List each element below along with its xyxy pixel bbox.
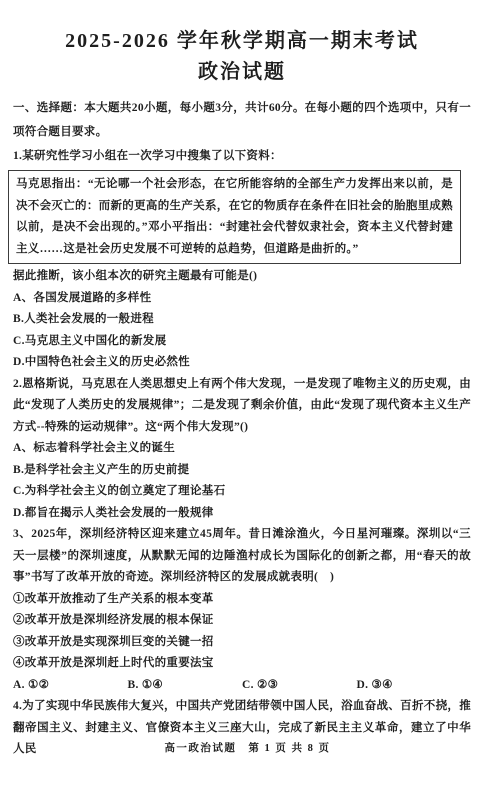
section-instructions: 一、选择题：本大题共20小题，每小题3分，共计60分。在每小题的四个选项中，只有…: [13, 96, 471, 144]
q3-stem: 3、2025年，深圳经济特区迎来建立45周年。昔日滩涂渔火，今日星河璀璨。深圳以…: [13, 524, 471, 589]
q2-stem: 2.恩格斯说，马克思在人类思想史上有两个伟大发现，一是发现了唯物主义的历史观，由…: [13, 374, 471, 439]
q3-statement-1: ①改革开放推动了生产关系的根本变革: [13, 589, 471, 611]
q3-choices-row: A. ①② B. ①④ C. ②③ D. ③④: [13, 675, 471, 697]
q1-option-a: A、各国发展道路的多样性: [13, 288, 471, 310]
q1-option-d: D.中国特色社会主义的历史必然性: [13, 352, 471, 374]
q1-material-box: 马克思指出：“无论哪一个社会形态，在它所能容纳的全部生产力发挥出来以前，是决不会…: [8, 170, 461, 264]
q1-option-c: C.马克思主义中国化的新发展: [13, 331, 471, 353]
exam-title-line2: 政治试题: [13, 56, 471, 88]
q2-option-a: A、标志着科学社会主义的诞生: [13, 438, 471, 460]
exam-content: 2025-2026 学年秋学期高一期末考试 政治试题 一、选择题：本大题共20小…: [13, 26, 471, 761]
exam-title-line1: 2025-2026 学年秋学期高一期末考试: [13, 26, 471, 56]
q1-intro: 1.某研究性学习小组在一次学习中搜集了以下资料：: [13, 144, 471, 168]
q3-choice-d: D. ③④: [357, 675, 472, 697]
q3-statement-3: ③改革开放是实现深圳巨变的关键一招: [13, 632, 471, 654]
q2-option-c: C.为科学社会主义的创立奠定了理论基石: [13, 481, 471, 503]
q3-choice-b: B. ①④: [128, 675, 243, 697]
page-footer: 高一政治试题 第 1 页 共 8 页: [0, 740, 495, 755]
q1-stem: 据此推断，该小组本次的研究主题最有可能是(): [13, 266, 471, 288]
q2-option-b: B.是科学社会主义产生的历史前提: [13, 460, 471, 482]
q3-choice-a: A. ①②: [13, 675, 128, 697]
q3-statement-4: ④改革开放是深圳赶上时代的重要法宝: [13, 653, 471, 675]
exam-paper-page: 2025-2026 学年秋学期高一期末考试 政治试题 一、选择题：本大题共20小…: [0, 0, 495, 788]
q1-option-b: B.人类社会发展的一般进程: [13, 309, 471, 331]
q2-option-d: D.都旨在揭示人类社会发展的一般规律: [13, 503, 471, 525]
q3-statement-2: ②改革开放是深圳经济发展的根本保证: [13, 610, 471, 632]
q1-material-text: 马克思指出：“无论哪一个社会形态，在它所能容纳的全部生产力发挥出来以前，是决不会…: [16, 174, 453, 260]
q3-choice-c: C. ②③: [242, 675, 357, 697]
